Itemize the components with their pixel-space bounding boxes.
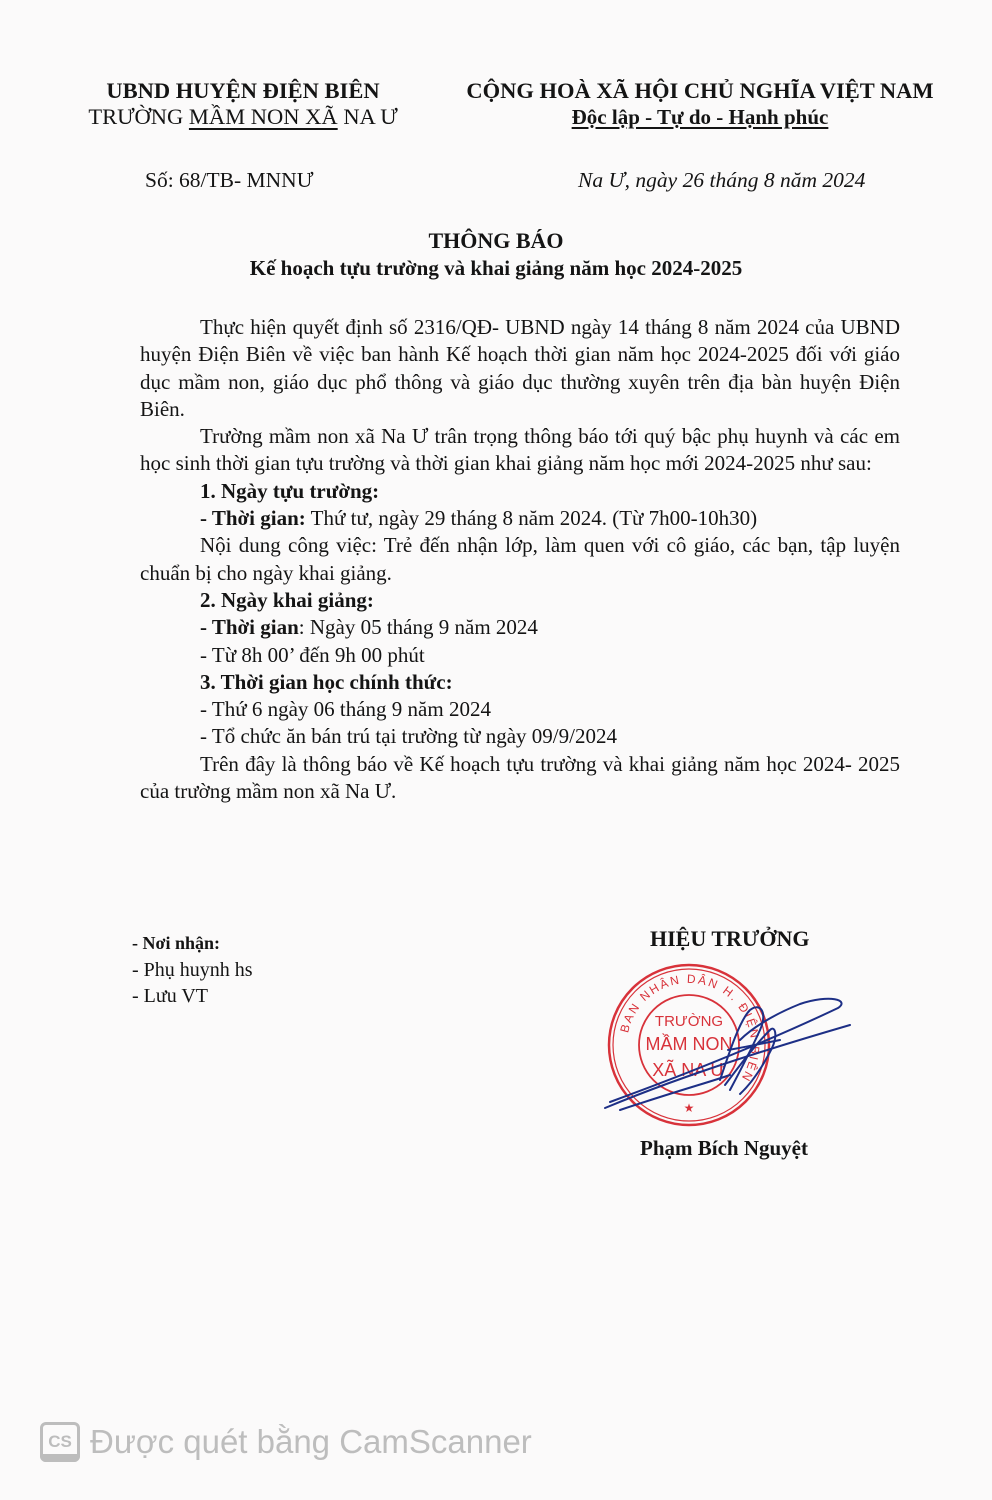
paragraph-announcement: Trường mầm non xã Na Ư trân trọng thông … [140, 423, 900, 478]
opening-hours: - Từ 8h 00’ đến 9h 00 phút [140, 642, 900, 669]
school-name: TRƯỜNG MẦM NON XÃ NA Ư [78, 104, 408, 130]
closing-paragraph: Trên đây là thông báo về Kế hoạch tựu tr… [140, 751, 900, 806]
section-heading-official-start: 3. Thời gian học chính thức: [140, 669, 900, 696]
document-subtitle: Kế hoạch tựu trường và khai giảng năm họ… [0, 256, 992, 281]
recipient-item: - Lưu VT [132, 983, 253, 1010]
recipients-block: - Nơi nhận: - Phụ huynh hs - Lưu VT [132, 930, 253, 1010]
school-name-suffix: NA Ư [338, 104, 398, 129]
camscanner-logo-icon: CS [40, 1422, 80, 1462]
nation-name: CỘNG HOÀ XÃ HỘI CHỦ NGHĨA VIỆT NAM [440, 78, 960, 104]
enrollment-content: Nội dung công việc: Trẻ đến nhận lớp, là… [140, 532, 900, 587]
opening-time-label: - Thời gian [200, 615, 299, 639]
document-number: Số: 68/TB- MNNƯ [145, 168, 313, 193]
opening-time-value: : Ngày 05 tháng 9 năm 2024 [299, 615, 538, 639]
enrollment-time-label: - Thời gian: [200, 506, 306, 530]
school-name-prefix: TRƯỜNG [88, 104, 189, 129]
paragraph-decision: Thực hiện quyết định số 2316/QĐ- UBND ng… [140, 314, 900, 423]
watermark-text: Được quét bằng CamScanner [90, 1423, 532, 1461]
school-name-underlined: MẦM NON XÃ [189, 104, 338, 129]
recipient-item: - Phụ huynh hs [132, 957, 253, 984]
opening-time: - Thời gian: Ngày 05 tháng 9 năm 2024 [140, 614, 900, 641]
boarding-start-date: - Tổ chức ăn bán trú tại trường từ ngày … [140, 723, 900, 750]
section-heading-enrollment: 1. Ngày tựu trường: [140, 478, 900, 505]
document-date: Na Ư, ngày 26 tháng 8 năm 2024 [578, 168, 865, 193]
document-title: THÔNG BÁO [0, 228, 992, 254]
authority-name: UBND HUYỆN ĐIỆN BIÊN [78, 78, 408, 104]
signer-name: Phạm Bích Nguyệt [640, 1136, 808, 1161]
signer-title: HIỆU TRƯỞNG [650, 926, 810, 952]
national-motto: Độc lập - Tự do - Hạnh phúc [440, 104, 960, 130]
enrollment-time-value: Thứ tư, ngày 29 tháng 8 năm 2024. (Từ 7h… [306, 506, 757, 530]
recipients-heading: - Nơi nhận: [132, 930, 253, 957]
issuing-authority-block: UBND HUYỆN ĐIỆN BIÊN TRƯỜNG MẦM NON XÃ N… [78, 78, 408, 130]
handwritten-signature-icon [600, 990, 860, 1120]
document-body: Thực hiện quyết định số 2316/QĐ- UBND ng… [140, 314, 900, 805]
national-header-block: CỘNG HOÀ XÃ HỘI CHỦ NGHĨA VIỆT NAM Độc l… [440, 78, 960, 130]
official-start-date: - Thứ 6 ngày 06 tháng 9 năm 2024 [140, 696, 900, 723]
enrollment-time: - Thời gian: Thứ tư, ngày 29 tháng 8 năm… [140, 505, 900, 532]
camscanner-watermark: CS Được quét bằng CamScanner [40, 1422, 532, 1462]
section-heading-opening: 2. Ngày khai giảng: [140, 587, 900, 614]
